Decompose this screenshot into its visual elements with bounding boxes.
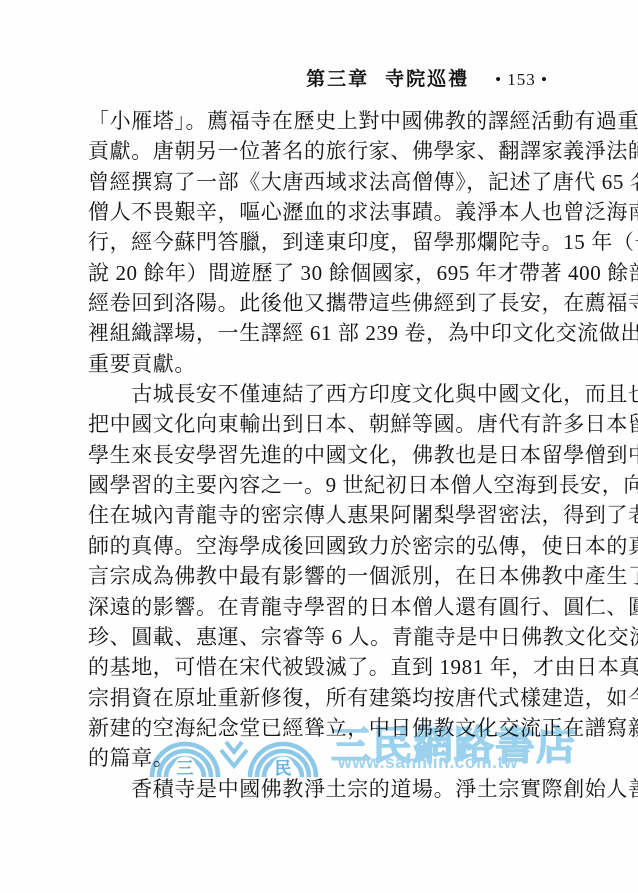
text-line: 貢獻。唐朝另一位著名的旅行家、佛學家、翻譯家義淨法師 [88,136,556,166]
text-line: 「小雁塔」。薦福寺在歷史上對中國佛教的譯經活動有過重要 [88,106,556,136]
book-page: 三 民 三民網路書店 www.sanmin.com.tw 第三章 寺院巡禮 • … [0,0,638,893]
text-line: 師的真傳。空海學成後回國致力於密宗的弘傳，使日本的真 [88,531,556,561]
text-line: 香積寺是中國佛教淨土宗的道場。淨土宗實際創始人善 [88,774,556,804]
text-line: 古城長安不僅連結了西方印度文化與中國文化，而且也 [88,379,556,409]
text-line: 的篇章。 [88,743,556,773]
text-line: 經卷回到洛陽。此後他又攜帶這些佛經到了長安，在薦福寺 [88,288,556,318]
body-text: 「小雁塔」。薦福寺在歷史上對中國佛教的譯經活動有過重要 貢獻。唐朝另一位著名的旅… [88,106,556,804]
text-line: 珍、圓載、惠運、宗睿等 6 人。青龍寺是中日佛教文化交流 [88,622,556,652]
text-line: 曾經撰寫了一部《大唐西域求法高僧傳》，記述了唐代 65 名 [88,167,556,197]
text-line: 的基地，可惜在宋代被毀滅了。直到 1981 年，才由日本真言 [88,652,556,682]
text-line: 說 20 餘年）間遊歷了 30 餘個國家，695 年才帶著 400 餘部 [88,258,556,288]
text-line: 國學習的主要內容之一。9 世紀初日本僧人空海到長安，向 [88,470,556,500]
text-line: 深遠的影響。在青龍寺學習的日本僧人還有圓行、圓仁、圓 [88,592,556,622]
section-title: 寺院巡禮 [385,64,469,91]
text-line: 新建的空海紀念堂已經聳立，中日佛教文化交流正在譜寫新 [88,713,556,743]
text-line: 裡組織譯場，一生譯經 61 部 239 卷，為中印文化交流做出了 [88,318,556,348]
text-line: 把中國文化向東輸出到日本、朝鮮等國。唐代有許多日本留 [88,409,556,439]
text-line: 學生來長安學習先進的中國文化，佛教也是日本留學僧到中 [88,440,556,470]
text-line: 宗捐資在原址重新修復，所有建築均按唐代式樣建造，如今 [88,683,556,713]
page-number: • 153 • [495,70,548,90]
text-line: 住在城內青龍寺的密宗傳人惠果阿闍梨學習密法，得到了老 [88,500,556,530]
text-line: 重要貢獻。 [88,349,556,379]
page-header: 第三章 寺院巡禮 • 153 • [0,64,548,91]
text-line: 言宗成為佛教中最有影響的一個派別，在日本佛教中產生了 [88,561,556,591]
chapter-label: 第三章 [306,64,369,91]
text-line: 僧人不畏艱辛，嘔心瀝血的求法事蹟。義淨本人也曾泛海南 [88,197,556,227]
text-line: 行，經今蘇門答臘，到達東印度，留學那爛陀寺。15 年（一 [88,227,556,257]
